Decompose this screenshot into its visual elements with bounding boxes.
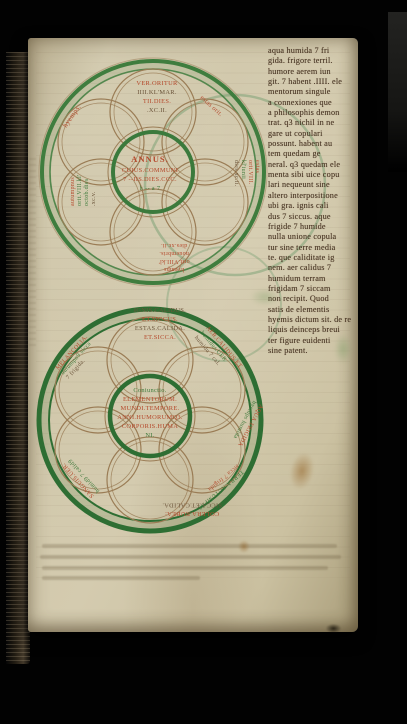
label-line: nouembris. <box>159 250 189 256</box>
manuscript-page: VER.ORITUR IIII.KL'MAR. TII.DIES. .XC.II… <box>28 38 358 632</box>
label-line: VER.ORITUR <box>136 80 178 87</box>
label-line: Coniunctio. <box>133 387 166 394</box>
label-line: CUIUS.COMMUNI <box>122 167 178 174</box>
label-line: CORPORIS.HUMA <box>122 423 178 430</box>
faded-text-line <box>42 576 200 580</box>
bottom-rota-center-label: Coniunctio. ELEMENTORUM. MUNDI.TEMPORE. … <box>117 387 183 439</box>
label-line: dies.xc.ii. <box>233 160 239 187</box>
label-line: h -- a 7 <box>140 185 161 192</box>
bottom-rota-elements: IGNIS.CALIDUS. ET.SICCUS. ESTAS.CALIDA. … <box>39 307 264 531</box>
manuscript-text-line: mentorum singule <box>268 87 360 97</box>
manuscript-text-line: trat. q3 nichil in ne <box>268 118 360 128</box>
label-line: dies.xc.ii. <box>161 242 188 248</box>
label-line: ANNI.HUMORUMQ3. <box>117 414 183 421</box>
annus-title: ANNUS. <box>131 154 169 164</box>
manuscript-text-line: frigide 7 humide <box>268 222 360 232</box>
manuscript-text-line: sine patent. <box>268 346 360 356</box>
top-rota-annus: VER.ORITUR IIII.KL'MAR. TII.DIES. .XC.II… <box>39 58 267 286</box>
manuscript-text-line: tem quedam ge <box>268 149 360 159</box>
manuscript-text-line: a philosophis demon <box>268 108 360 118</box>
manuscript-text-line: gida. frigore terril. <box>268 56 360 66</box>
label-line: SICCA.ET.CALIDA. <box>162 502 222 509</box>
faded-text-line <box>40 555 341 559</box>
manuscript-text-line: possunt. habent au <box>268 139 360 149</box>
manuscript-text-line: satis de elementis <box>268 305 360 315</box>
label-line: ET.SICCUS. <box>142 316 178 323</box>
faded-text-line <box>42 566 328 570</box>
label-line: .XC.II. <box>147 107 167 114</box>
background-shadow-band <box>388 12 407 172</box>
label-line: .xc.v. <box>91 191 97 206</box>
label-line: orit.VIII.kl' <box>158 258 189 264</box>
label-line: autumpnus <box>70 177 76 206</box>
manuscript-text-line: git. 7 habent .IIII. ele <box>268 77 360 87</box>
marginal-text-column: aqua humida 7 fri gida. frigore terril. … <box>268 46 360 356</box>
label-line: octob.dies <box>84 178 90 206</box>
manuscript-text-line: aqua humida 7 fri <box>268 46 360 56</box>
label-line: COLERA.RUBEA: <box>165 510 220 517</box>
label-line: NI. <box>145 432 154 439</box>
manuscript-text-line: neral. q3 quedam ele <box>268 160 360 170</box>
manuscript-text-line: frigidam 7 siccam <box>268 284 360 294</box>
manuscript-photo: VER.ORITUR IIII.KL'MAR. TII.DIES. .XC.II… <box>0 0 407 724</box>
manuscript-text-line: hyemis dictum sit. de re <box>268 315 360 325</box>
manuscript-text-line: te. que caliditate ig <box>268 253 360 263</box>
label-line: IIII.KL'MAR. <box>137 89 177 96</box>
manuscript-text-line: tur sine terre media <box>268 243 360 253</box>
manuscript-text-line: altero interpositione <box>268 191 360 201</box>
manuscript-text-line: non recipit. Quod <box>268 294 360 304</box>
top-rota-top-label: VER.ORITUR IIII.KL'MAR. TII.DIES. .XC.II… <box>136 80 178 114</box>
label-line: estas <box>254 160 260 174</box>
faded-text-line <box>42 544 337 548</box>
label-line: kl'iunii. <box>240 160 246 181</box>
manuscript-text-line: dus 7 siccus. aque <box>268 212 360 222</box>
manuscript-text-line: lari nequeunt sine <box>268 180 360 190</box>
manuscript-text-line: ter figure euidenti <box>268 336 360 346</box>
manuscript-text-line: humidum terram <box>268 274 360 284</box>
top-rota-bottom-label: hyemps orit.VIII.kl' nouembris. dies.xc.… <box>158 242 189 272</box>
label-line: hyemps <box>163 266 184 272</box>
manuscript-text-line: ubi gra. ignis cali <box>268 201 360 211</box>
label-line: TII.DIES. <box>143 98 171 105</box>
label-line: 7 --IIS.DIES.CCC. <box>123 176 177 183</box>
manuscript-text-line: humore aerem iun <box>268 67 360 77</box>
manuscript-text-line: liquis deinceps breui <box>268 325 360 335</box>
label-line: MUNDI.TEMPORE. <box>121 405 180 412</box>
label-line: orit.VIII.kl' <box>77 175 83 206</box>
label-line: ELEMENTORUM. <box>123 396 177 403</box>
label-line: ET.SICCA. <box>144 334 176 341</box>
top-rota-left-label: autumpnus orit.VIII.kl' octob.dies .xc.v… <box>70 175 97 206</box>
bottom-rota-bottom-label: COLERA.RUBEA: SICCA.ET.CALIDA. <box>162 502 222 518</box>
manuscript-text-line: gare ut copulari <box>268 129 360 139</box>
book-gutter-page-edges <box>6 52 30 664</box>
label-line: IGNIS.CALIDUS. <box>134 307 186 314</box>
manuscript-text-line: nulla unione copula <box>268 232 360 242</box>
manuscript-text-line: nem. aer calidus 7 <box>268 263 360 273</box>
manuscript-text-line: menta sibi uice copu <box>268 170 360 180</box>
label-line: ESTAS.CALIDA. <box>135 325 185 332</box>
label-line: orit.VIII. <box>247 160 253 185</box>
manuscript-text-line: a connexiones que <box>268 98 360 108</box>
